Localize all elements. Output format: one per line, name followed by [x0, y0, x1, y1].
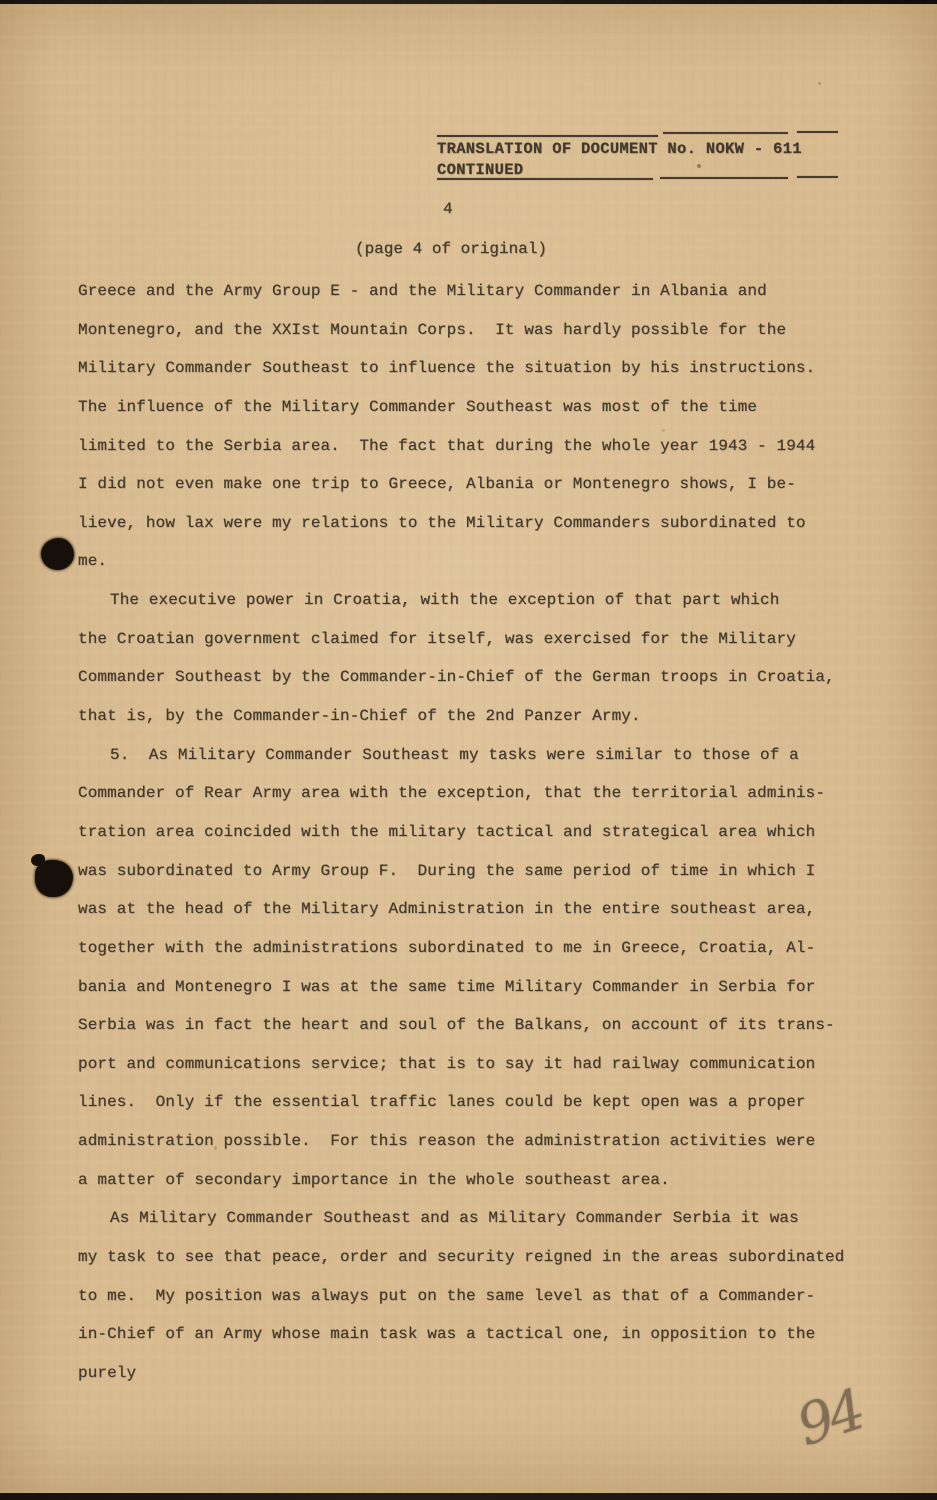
text-line: the Croatian government claimed for itse…	[78, 620, 878, 659]
text-line: was subordinated to Army Group F. During…	[78, 852, 878, 891]
text-line: As Military Commander Southeast and as M…	[78, 1199, 878, 1238]
text-line: purely	[78, 1354, 878, 1393]
header-title: TRANSLATION OF DOCUMENT No. NOKW - 611	[437, 139, 802, 160]
text-line: administration possible. For this reason…	[78, 1122, 878, 1161]
original-page-note: (page 4 of original)	[355, 240, 547, 258]
text-line: was at the head of the Military Administ…	[78, 890, 878, 929]
text-line: lieve, how lax were my relations to the …	[78, 504, 878, 543]
header-rule-bottom-middle	[660, 177, 788, 179]
text-line: tration area coincided with the military…	[78, 813, 878, 852]
header-rule-bottom-left	[437, 178, 653, 180]
text-line: Military Commander Southeast to influenc…	[78, 349, 878, 388]
text-line: Greece and the Army Group E - and the Mi…	[78, 272, 878, 311]
header-rule-top-middle	[663, 132, 788, 134]
text-line: that is, by the Commander-in-Chief of th…	[78, 697, 878, 736]
header-rule-bottom-right	[797, 176, 838, 178]
scan-edge-top	[0, 0, 937, 4]
scanned-document-page: TRANSLATION OF DOCUMENT No. NOKW - 611 C…	[0, 0, 937, 1500]
text-line: Commander of Rear Army area with the exc…	[78, 774, 878, 813]
header-rule-top-right	[797, 131, 838, 133]
text-line: lines. Only if the essential traffic lan…	[78, 1083, 878, 1122]
paper-speck	[818, 82, 821, 85]
text-line: together with the administrations subord…	[78, 929, 878, 968]
text-line: my task to see that peace, order and sec…	[78, 1238, 878, 1277]
document-header: TRANSLATION OF DOCUMENT No. NOKW - 611 C…	[437, 139, 802, 181]
text-line: port and communications service; that is…	[78, 1045, 878, 1084]
page-number: 4	[443, 200, 453, 218]
text-line: a matter of secondary importance in the …	[78, 1161, 878, 1200]
text-line: The influence of the Military Commander …	[78, 388, 878, 427]
document-body: Greece and the Army Group E - and the Mi…	[78, 272, 878, 1393]
hole-punch-bottom	[35, 860, 73, 897]
text-line: limited to the Serbia area. The fact tha…	[78, 427, 878, 466]
text-line: me.	[78, 542, 878, 581]
text-line: 5. As Military Commander Southeast my ta…	[78, 736, 878, 775]
hole-punch-top	[41, 538, 74, 570]
text-line: I did not even make one trip to Greece, …	[78, 465, 878, 504]
header-rule-top-left	[437, 135, 658, 137]
text-line: Serbia was in fact the heart and soul of…	[78, 1006, 878, 1045]
text-line: bania and Montenegro I was at the same t…	[78, 968, 878, 1007]
paper-speck	[662, 429, 665, 432]
text-line: The executive power in Croatia, with the…	[78, 581, 878, 620]
text-line: to me. My position was always put on the…	[78, 1277, 878, 1316]
text-line: Commander Southeast by the Commander-in-…	[78, 658, 878, 697]
text-line: in-Chief of an Army whose main task was …	[78, 1315, 878, 1354]
text-line: Montenegro, and the XXIst Mountain Corps…	[78, 311, 878, 350]
scan-edge-bottom	[0, 1493, 937, 1500]
paper-sheet: TRANSLATION OF DOCUMENT No. NOKW - 611 C…	[0, 4, 937, 1493]
paper-speck	[214, 1146, 217, 1150]
paper-speck	[697, 164, 701, 168]
